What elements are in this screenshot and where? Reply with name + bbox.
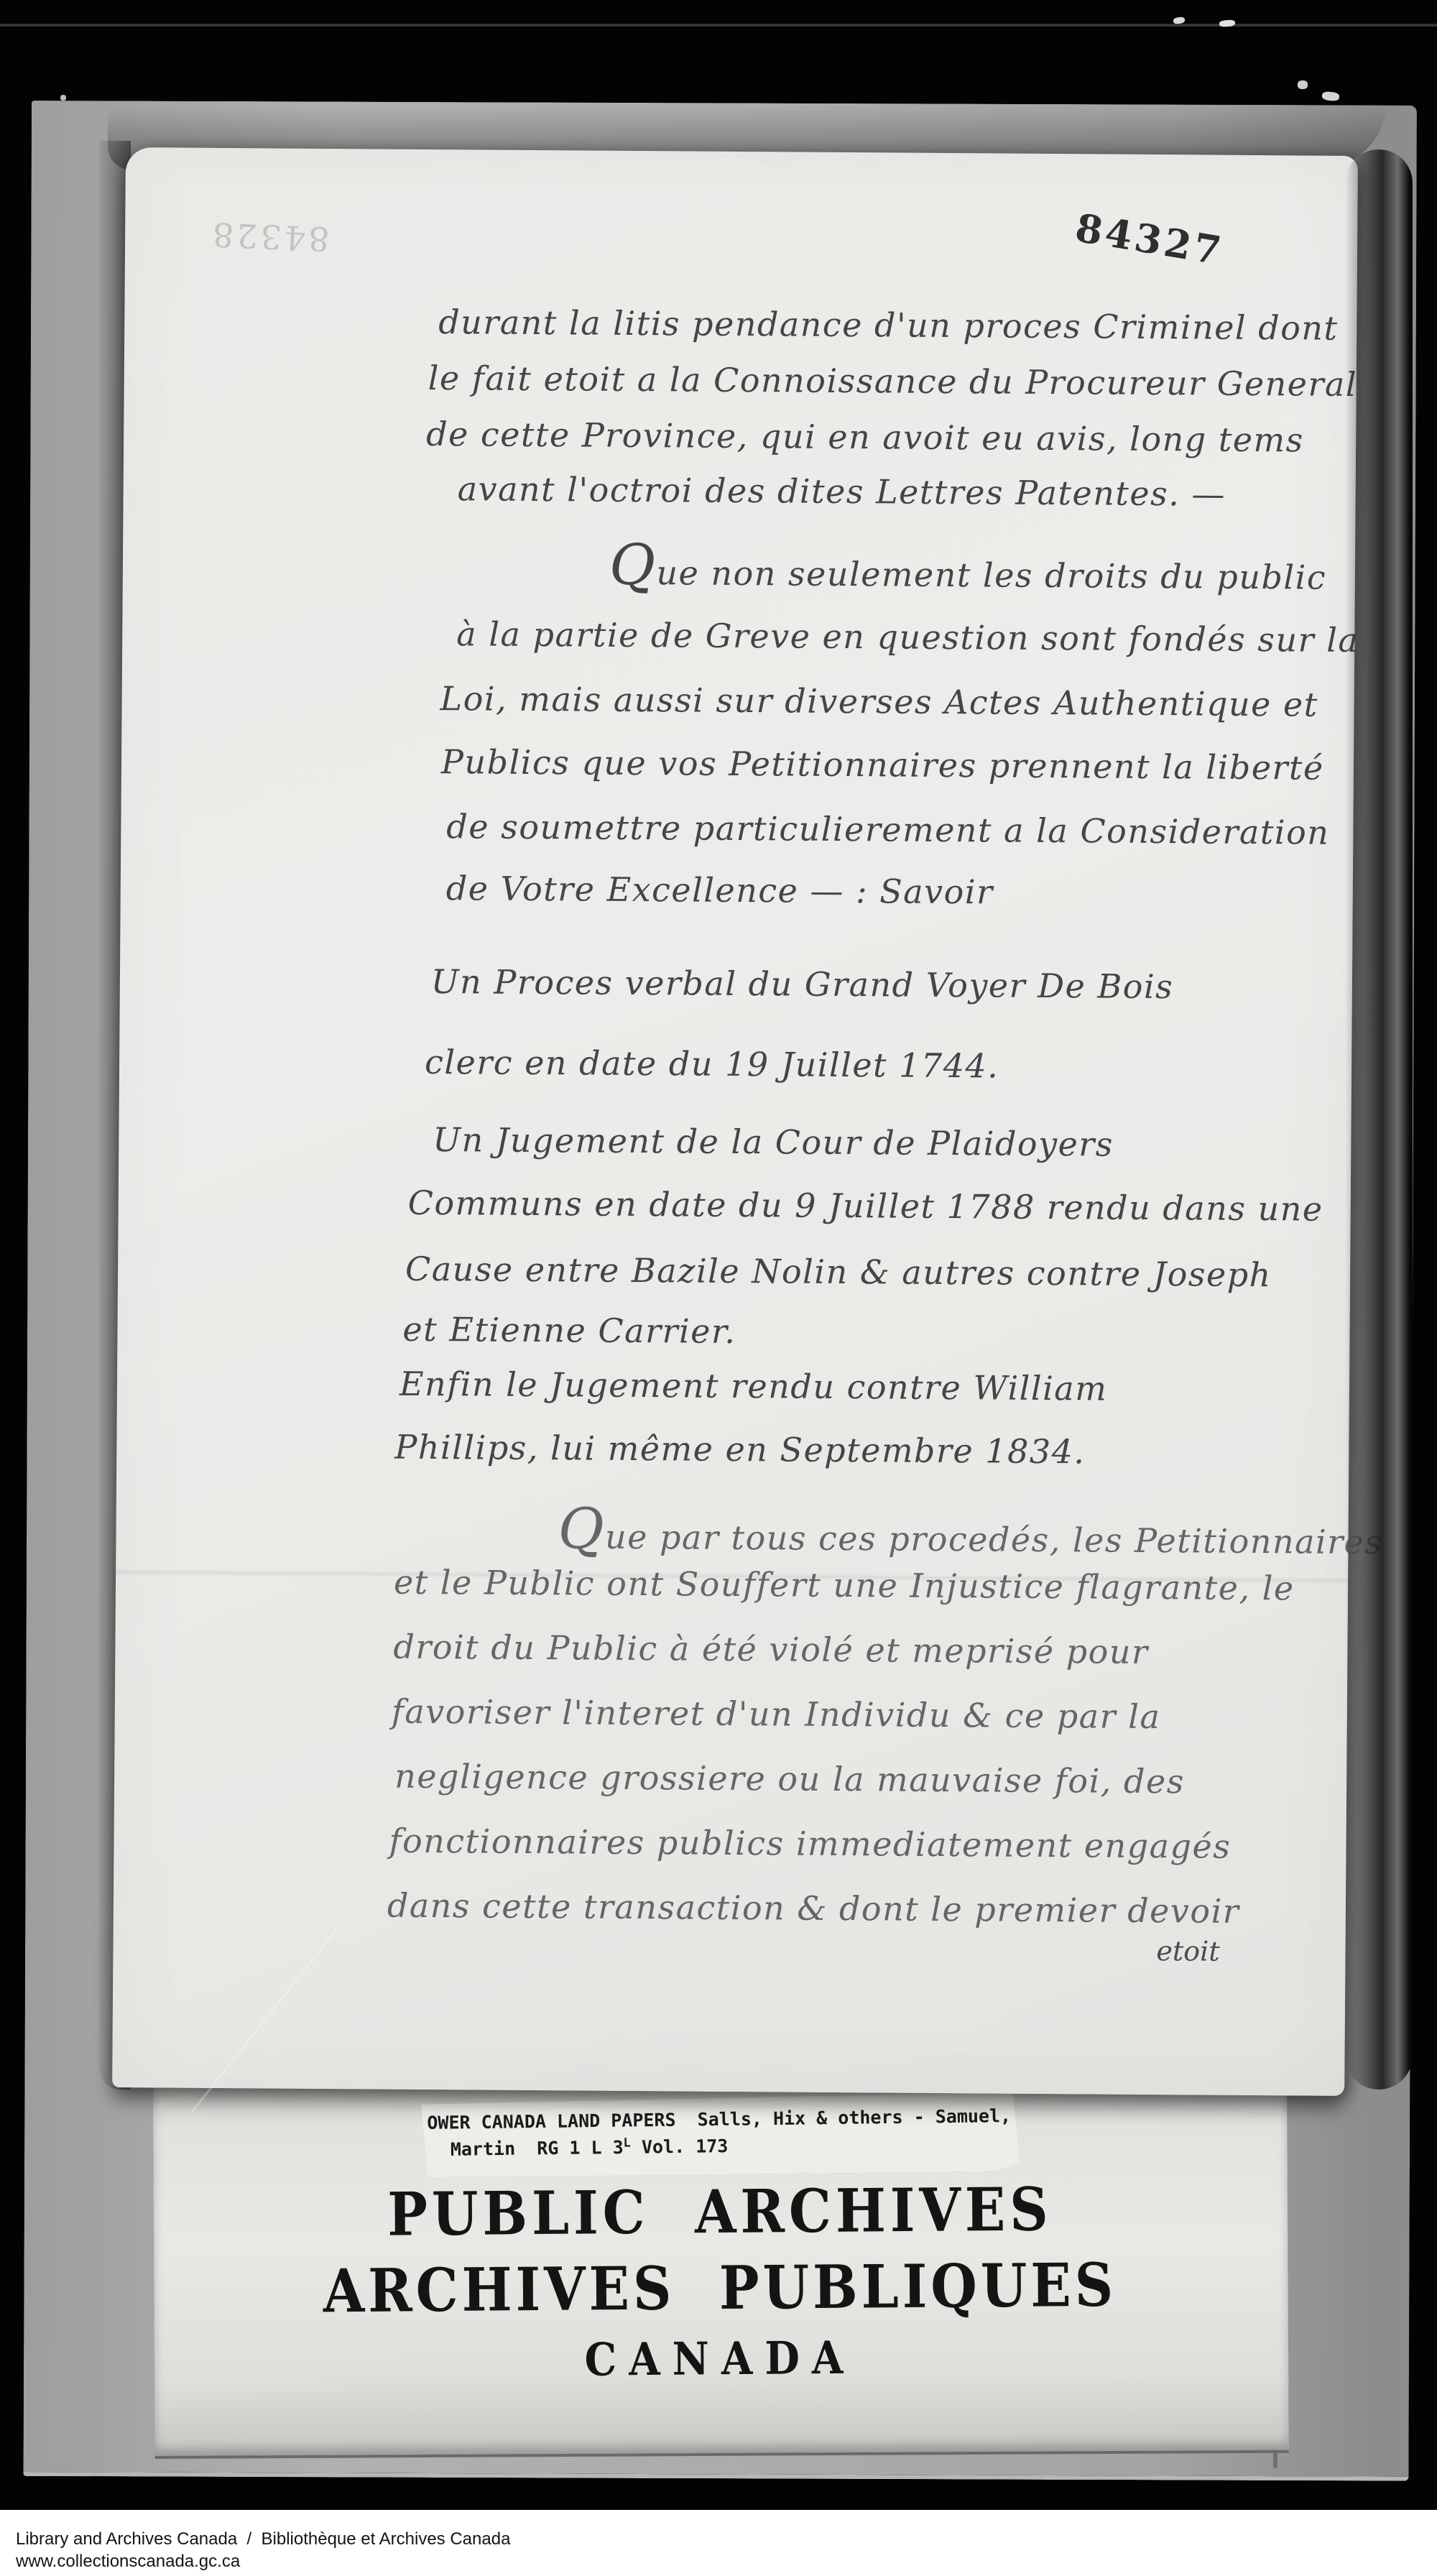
manuscript-line-9: de soumettre particulierement a la Consi… <box>446 807 1329 852</box>
manuscript-line-7: Loi, mais aussi sur diverses Actes Authe… <box>440 679 1318 724</box>
footer-line-2: www.collectionscanada.gc.ca <box>16 2552 240 2572</box>
manuscript-line-17: Enfin le Jugement rendu contre William <box>399 1365 1108 1408</box>
manuscript-line-5: Que non seulement les droits du public <box>609 532 1327 603</box>
page-edge-shadow <box>1345 149 1413 2090</box>
microfilm-scan: OWER CANADA LAND PAPERS Salls, Hix & oth… <box>0 0 1437 2576</box>
manuscript-line-1: durant la litis pendance d'un proces Cri… <box>438 303 1339 348</box>
manuscript-line-16: et Etienne Carrier. <box>402 1310 736 1351</box>
manuscript-line-15: Cause entre Bazile Nolin & autres contre… <box>405 1250 1272 1294</box>
catalog-label: OWER CANADA LAND PAPERS Salls, Hix & oth… <box>421 2092 1020 2179</box>
manuscript-line-25: dans cette transaction & dont le premier… <box>387 1886 1240 1931</box>
manuscript-line-2: le fait etoit a la Connoissance du Procu… <box>428 359 1358 404</box>
public-archives-stamp-line-2: ARCHIVES PUBLIQUES <box>153 2250 1288 2328</box>
catalog-reference: Martin RG 1 L 3 <box>450 2137 624 2160</box>
catalog-label-line-1: OWER CANADA LAND PAPERS Salls, Hix & oth… <box>427 2105 1011 2133</box>
footer-line-1: Library and Archives Canada / Bibliothèq… <box>16 2529 510 2549</box>
manuscript-line-6: à la partie de Greve en question sont fo… <box>456 614 1359 660</box>
catalog-volume: Vol. 173 <box>631 2136 729 2158</box>
manuscript-line-24: fonctionnaires publics immediatement eng… <box>389 1822 1231 1866</box>
manuscript-line-22: favoriser l'interet d'un Individu & ce p… <box>392 1692 1161 1736</box>
manuscript-line-18: Phillips, lui même en Septembre 1834. <box>394 1428 1086 1472</box>
manuscript-line-19: Que par tous ces procedés, les Petitionn… <box>558 1496 1383 1567</box>
page-scratch <box>190 1926 339 2113</box>
manuscript-line-21: droit du Public à été violé et meprisé p… <box>393 1628 1148 1671</box>
film-speck <box>60 95 66 101</box>
catalog-reference-superscript: L <box>623 2136 630 2150</box>
manuscript-line-13: Un Jugement de la Cour de Plaidoyers <box>433 1120 1114 1164</box>
manuscript-line-10: de Votre Excellence — : Savoir <box>446 869 994 911</box>
manuscript-line-3: de cette Province, qui en avoit eu avis,… <box>426 415 1304 460</box>
manuscript-line-8: Publics que vos Petitionnaires prennent … <box>441 742 1324 788</box>
manuscript-line-23: negligence grossiere ou la mauvaise foi,… <box>394 1757 1185 1801</box>
manuscript-page: 84328 84327 durant la litis pendance d'u… <box>112 147 1358 2096</box>
catchword: etoit <box>1156 1935 1219 1967</box>
public-archives-stamp-line-1: PUBLIC ARCHIVES <box>153 2174 1288 2252</box>
public-archives-stamp-line-3: CANADA <box>153 2328 1287 2390</box>
manuscript-line-14: Communs en date du 9 Juillet 1788 rendu … <box>408 1183 1323 1229</box>
catalog-label-line-2: Martin RG 1 L 3L Vol. 173 <box>450 2135 729 2160</box>
film-speck <box>1298 80 1308 89</box>
bleedthrough-number: 84328 <box>209 215 330 259</box>
manuscript-line-12: clerc en date du 19 Juillet 1744. <box>425 1043 999 1086</box>
page-number-stamp: 84327 <box>1072 204 1227 274</box>
footer-bar: Library and Archives Canada / Bibliothèq… <box>0 2510 1437 2576</box>
manuscript-line-11: Un Proces verbal du Grand Voyer De Bois <box>431 962 1174 1006</box>
manuscript-line-20: et le Public ont Souffert une Injustice … <box>394 1563 1295 1608</box>
manuscript-line-4: avant l'octroi des dites Lettres Patente… <box>458 469 1226 513</box>
